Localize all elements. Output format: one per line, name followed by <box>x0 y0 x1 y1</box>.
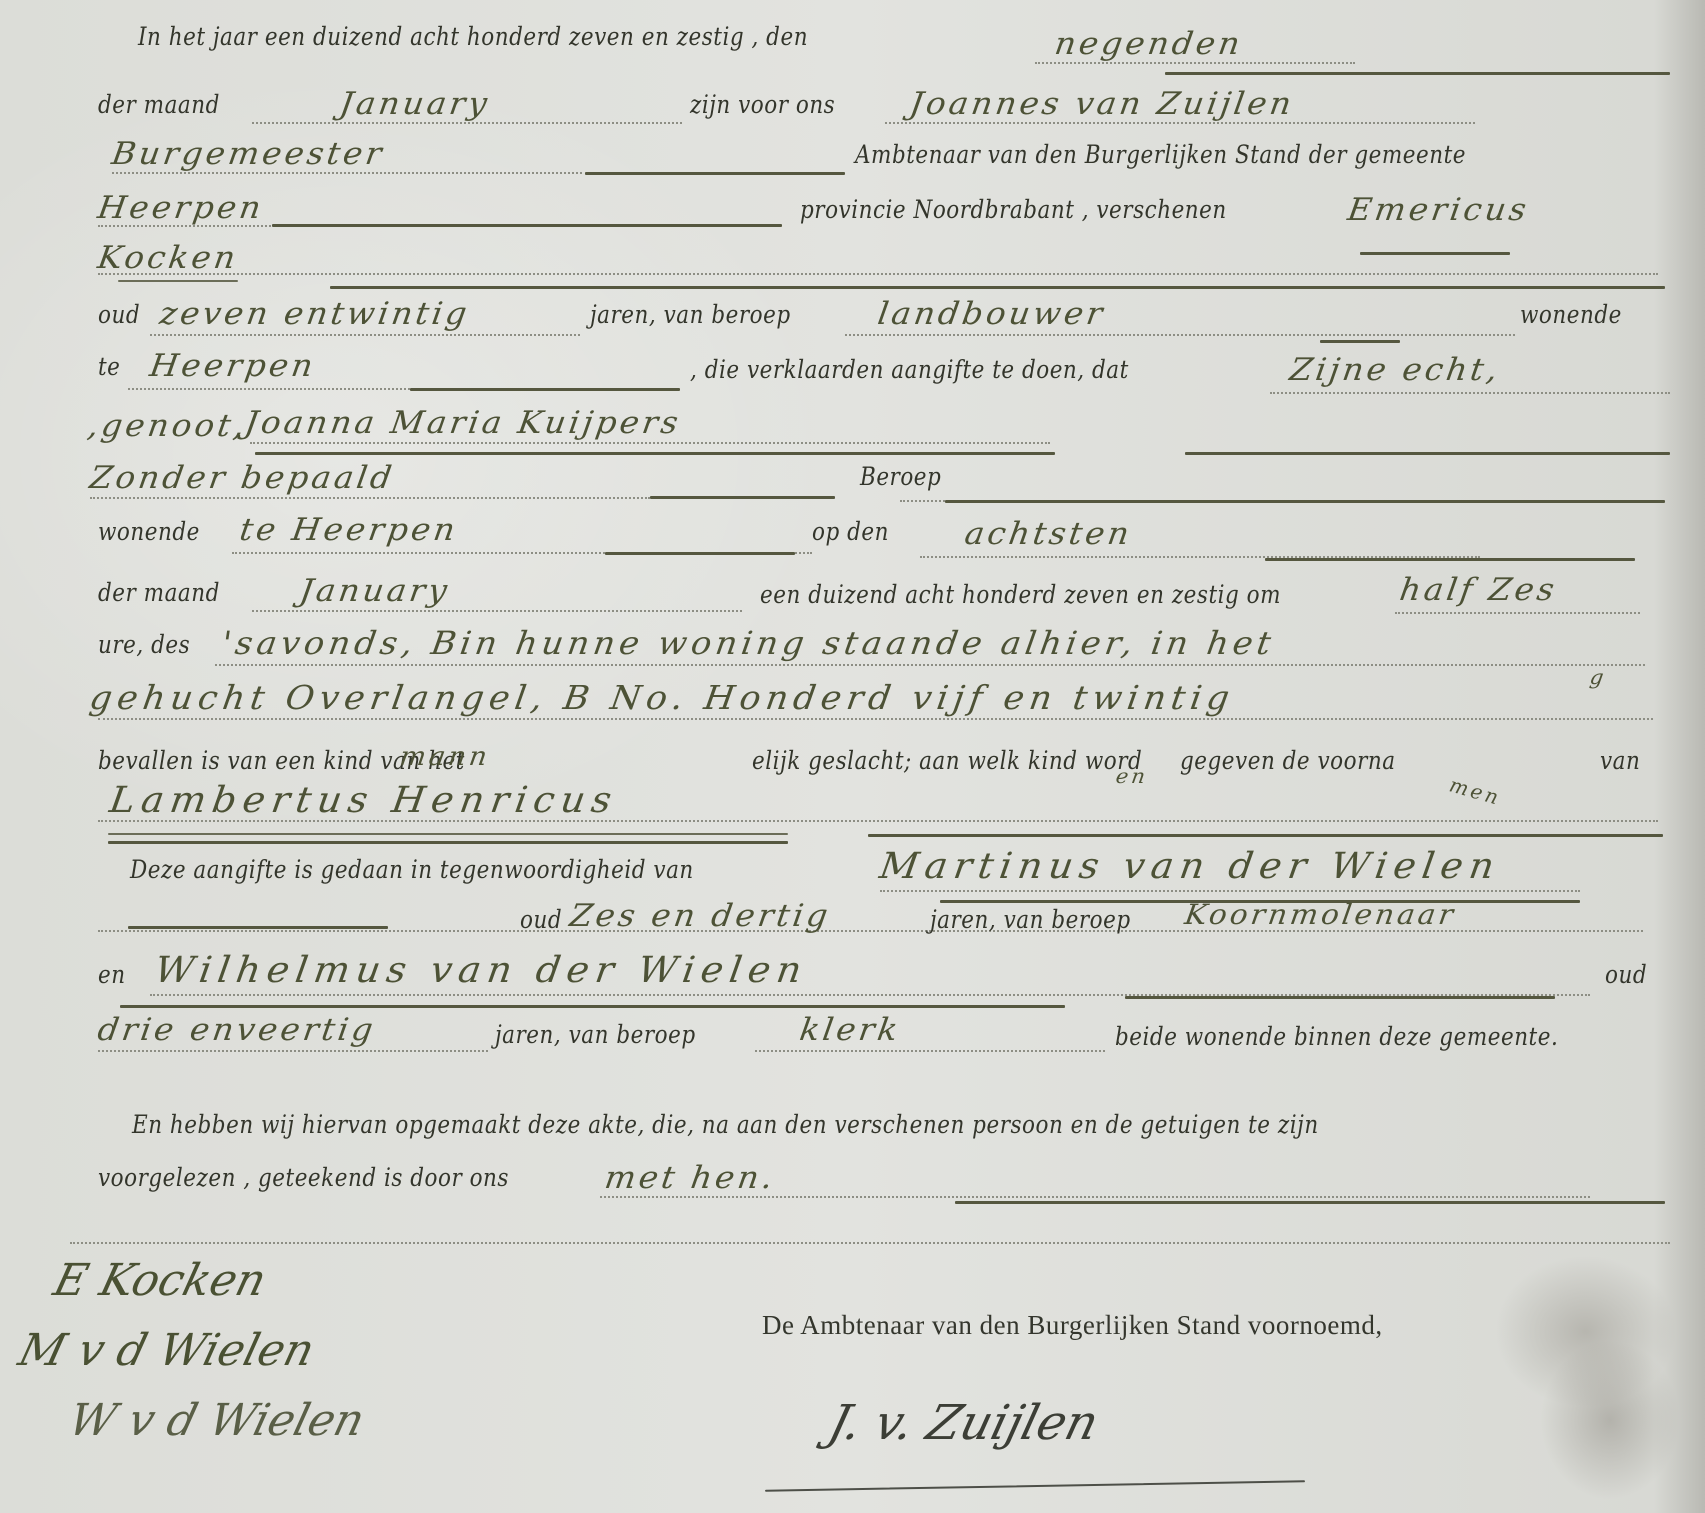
dotted-line <box>1395 612 1640 614</box>
filler-rule <box>1265 558 1635 561</box>
filler-rule <box>330 286 1665 289</box>
printed-text: gegeven de voorna <box>1180 746 1396 775</box>
handwritten-title: Burgemeester <box>109 136 387 172</box>
handwritten-age: zeven entwintig <box>157 296 472 332</box>
printed-text: En hebben wij hiervan opgemaakt deze akt… <box>132 1110 1319 1139</box>
handwritten-mother-residence: te Heerpen <box>237 512 460 548</box>
printed-text: elijk geslacht; aan welk kind word <box>752 746 1142 775</box>
filler-rule <box>120 1005 1065 1008</box>
filler-rule <box>1320 340 1400 343</box>
handwritten-day: negenden <box>1052 26 1245 62</box>
handwritten-witness2-age: drie enveertig <box>95 1012 378 1048</box>
signature-official: J. v. Zuijlen <box>823 1395 1104 1451</box>
filler-rule <box>1360 252 1510 255</box>
printed-text: ure, des <box>98 630 190 659</box>
handwritten-witness1-age: Zes en dertig <box>567 898 833 934</box>
handwritten-mother-name: Joanna Maria Kuijpers <box>242 405 683 441</box>
filler-rule <box>128 926 388 929</box>
signature-declarant: E Kocken <box>49 1255 272 1306</box>
filler-rule <box>605 552 795 555</box>
dotted-line <box>1035 62 1355 64</box>
printed-text: jaren, van beroep <box>495 1020 696 1049</box>
handwritten-suffix: en <box>1114 764 1150 788</box>
filler-rule <box>955 1201 1665 1204</box>
dotted-line <box>215 664 1645 666</box>
name-underline <box>118 280 238 282</box>
printed-text: Deze aangifte is gedaan in tegenwoordigh… <box>130 855 694 884</box>
printed-text: Beroep <box>860 462 941 491</box>
dotted-line <box>98 273 1658 275</box>
printed-text: oud <box>520 905 562 934</box>
paper-smudge <box>1540 1340 1680 1500</box>
filler-rule <box>1165 72 1670 75</box>
dotted-line <box>90 497 650 499</box>
dotted-line <box>252 122 682 124</box>
dotted-line <box>150 334 580 336</box>
filler-rule <box>1185 452 1670 455</box>
filler-rule <box>650 496 835 499</box>
printed-text: en <box>98 960 126 989</box>
printed-text: der maand <box>98 578 220 607</box>
printed-text: wonende <box>98 517 200 546</box>
filler-rule <box>272 224 782 227</box>
dotted-line <box>600 1196 1590 1198</box>
dotted-line <box>250 442 1050 444</box>
name-underline <box>108 833 788 835</box>
dotted-line <box>755 1050 1105 1052</box>
handwritten-declarant-surname: Kocken <box>95 240 240 276</box>
signature-witness2: W v d Wielen <box>64 1395 370 1446</box>
handwritten-suffix: men <box>1447 772 1504 810</box>
official-caption: De Ambtenaar van den Burgerlijken Stand … <box>762 1310 1383 1341</box>
dotted-line <box>98 718 1653 720</box>
printed-text: In het jaar een duizend acht honderd zev… <box>138 22 808 51</box>
handwritten-residence: Heerpen <box>147 348 318 384</box>
filler-rule <box>410 388 680 391</box>
filler-rule <box>945 500 1665 503</box>
handwritten-birth-day: achtsten <box>962 516 1134 552</box>
handwritten-sex: mann <box>398 742 492 772</box>
handwritten-witness1-occupation: Koornmolenaar <box>1183 898 1459 931</box>
handwritten-birth-address: gehucht Overlangel, B No. Honderd vijf e… <box>87 678 1237 717</box>
printed-text: wonende <box>1520 300 1622 329</box>
handwritten-relation-cont: ,genoot, <box>85 408 250 444</box>
dotted-line <box>1270 392 1670 394</box>
printed-text: beide wonende binnen deze gemeente. <box>1115 1022 1558 1051</box>
printed-text: oud <box>98 300 140 329</box>
handwritten-witness1-name: Martinus van der Wielen <box>877 846 1503 887</box>
printed-text: te <box>98 352 120 381</box>
signature-witness1: M v d Wielen <box>14 1325 320 1376</box>
printed-text: , die verklaarden aangifte te doen, dat <box>690 355 1129 384</box>
handwritten-witness2-name: Wilhelmus van der Wielen <box>152 950 810 991</box>
dotted-line <box>845 334 1515 336</box>
printed-text: oud <box>1605 960 1647 989</box>
handwritten-relation: Zijne echt, <box>1287 352 1503 388</box>
handwritten-signed-with: met hen. <box>602 1160 778 1196</box>
filler-rule <box>255 452 1055 455</box>
filler-rule <box>868 834 1663 837</box>
printed-text: op den <box>812 517 889 546</box>
printed-text: een duizend acht honderd zeven en zestig… <box>760 580 1281 609</box>
printed-text: jaren, van beroep <box>590 300 791 329</box>
printed-text: voorgelezen , geteekend is door ons <box>98 1163 509 1192</box>
dotted-line <box>112 172 582 174</box>
handwritten-municipality: Heerpen <box>95 190 266 226</box>
handwritten-birth-month: January <box>297 573 452 609</box>
handwritten-occupation: landbouwer <box>875 296 1108 332</box>
printed-text: jaren, van beroep <box>930 905 1131 934</box>
dotted-line <box>98 1050 488 1052</box>
printed-text: provincie Noordbrabant , verschenen <box>800 195 1227 224</box>
handwritten-witness2-occupation: klerk <box>797 1012 903 1048</box>
handwritten-child-name: Lambertus Henricus <box>107 780 620 821</box>
filler-rule <box>108 841 788 844</box>
handwritten-birth-time: half Zes <box>1397 572 1559 608</box>
handwritten-mother-occupation: Zonder bepaald <box>87 460 397 496</box>
printed-text: Ambtenaar van den Burgerlijken Stand der… <box>855 140 1466 169</box>
printed-text: der maand <box>98 90 220 119</box>
handwritten-declarant-firstname: Emericus <box>1345 192 1531 228</box>
filler-rule <box>1125 996 1555 999</box>
handwritten-official-name: Joannes van Zuijlen <box>907 86 1296 122</box>
handwritten-superscript: g <box>1588 665 1608 689</box>
handwritten-month: January <box>337 86 492 122</box>
filler-rule <box>585 172 845 175</box>
dotted-line <box>252 610 742 612</box>
printed-text: van <box>1600 746 1640 775</box>
handwritten-birth-place: 'savonds, Bin hunne woning staande alhie… <box>219 624 1277 662</box>
dotted-line <box>880 890 1580 892</box>
signature-underline <box>765 1480 1305 1491</box>
dotted-line <box>885 122 1475 124</box>
birth-certificate-page: In het jaar een duizend acht honderd zev… <box>0 0 1705 1513</box>
dotted-line <box>70 1242 1670 1244</box>
printed-text: zijn voor ons <box>690 90 835 119</box>
